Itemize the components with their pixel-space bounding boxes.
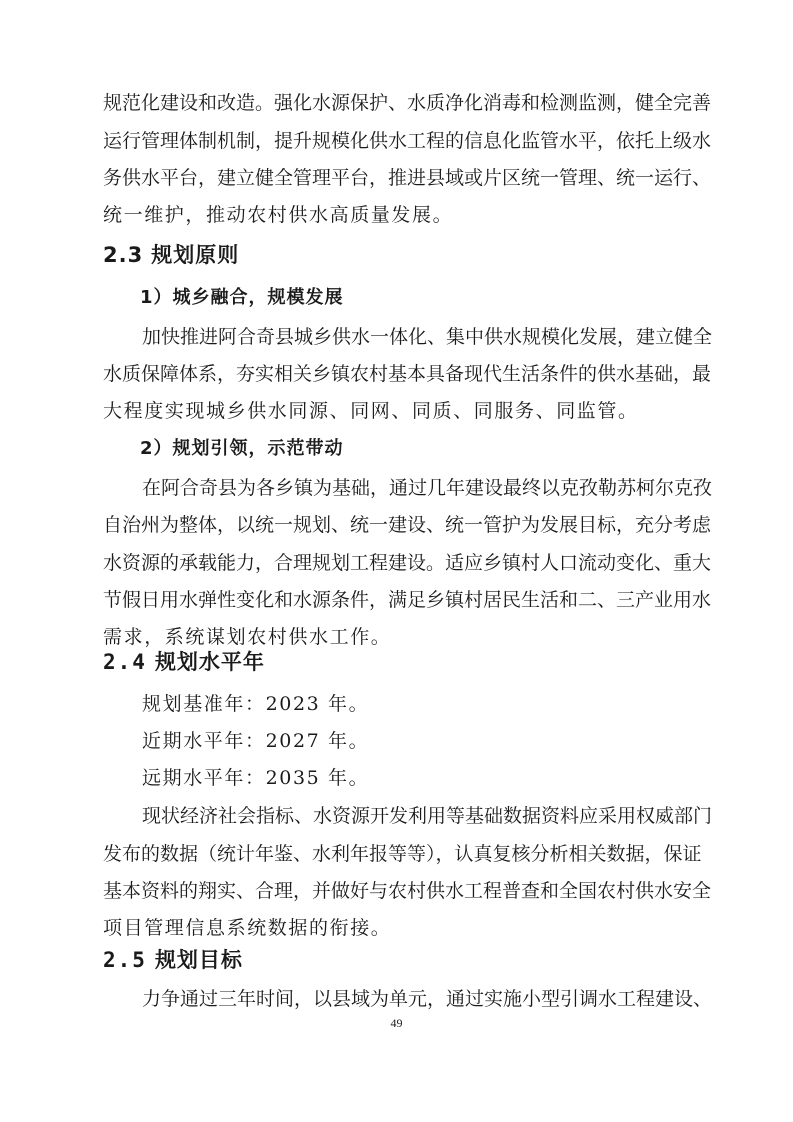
paragraph-line: 基本资料的翔实、合理，并做好与农村供水工程普查和全国农村供水安全 bbox=[103, 879, 693, 903]
paragraph-line: 加快推进阿合奇县城乡供水一体化、集中供水规模化发展，建立健全 bbox=[142, 325, 693, 349]
paragraph-line: 发布的数据（统计年鉴、水利年报等等），认真复核分析相关数据，保证 bbox=[103, 842, 693, 866]
subsection-heading: 1）城乡融合，规模发展 bbox=[140, 286, 344, 310]
paragraph-line: 项目管理信息系统数据的衔接。 bbox=[103, 916, 693, 940]
paragraph-line: 节假日用水弹性变化和水源条件，满足乡镇村居民生活和二、三产业用水 bbox=[103, 588, 693, 612]
section-number: 2.5 bbox=[103, 948, 147, 972]
section-title: 规划目标 bbox=[155, 948, 243, 972]
paragraph-line: 力争通过三年时间，以县域为单元，通过实施小型引调水工程建设、 bbox=[142, 987, 693, 1011]
planning-year-item: 规划基准年：2023 年。 bbox=[142, 692, 693, 716]
paragraph-line: 运行管理体制机制，提升规模化供水工程的信息化监管水平，依托上级水 bbox=[103, 129, 693, 153]
section-title: 规划水平年 bbox=[155, 650, 265, 674]
page-number: 49 bbox=[0, 1016, 793, 1030]
paragraph-line: 规范化建设和改造。强化水源保护、水质净化消毒和检测监测，健全完善 bbox=[103, 91, 693, 115]
section-number: 2.4 bbox=[103, 650, 147, 674]
paragraph-line: 务供水平台，建立健全管理平台，推进县域或片区统一管理、统一运行、 bbox=[103, 166, 693, 190]
section-number: 2.3 bbox=[103, 243, 143, 267]
section-heading: 2.5规划目标 bbox=[103, 947, 243, 973]
paragraph-line: 统一维护，推动农村供水高质量发展。 bbox=[103, 203, 693, 227]
section-heading: 2.4规划水平年 bbox=[103, 649, 265, 675]
paragraph-line: 自治州为整体，以统一规划、统一建设、统一管护为发展目标，充分考虑 bbox=[103, 513, 693, 537]
planning-year-item: 远期水平年：2035 年。 bbox=[142, 766, 693, 790]
subsection-heading: 2）规划引领，示范带动 bbox=[140, 437, 344, 461]
paragraph-line: 在阿合奇县为各乡镇为基础，通过几年建设最终以克孜勒苏柯尔克孜 bbox=[142, 476, 693, 500]
section-heading: 2.3规划原则 bbox=[103, 242, 239, 268]
paragraph-line: 现状经济社会指标、水资源开发利用等基础数据资料应采用权威部门 bbox=[142, 804, 693, 828]
planning-year-item: 近期水平年：2027 年。 bbox=[142, 729, 693, 753]
paragraph-line: 水资源的承载能力，合理规划工程建设。适应乡镇村人口流动变化、重大 bbox=[103, 551, 693, 575]
section-title: 规划原则 bbox=[151, 243, 239, 267]
paragraph-line: 水质保障体系，夯实相关乡镇农村基本具备现代生活条件的供水基础，最 bbox=[103, 362, 693, 386]
paragraph-line: 大程度实现城乡供水同源、同网、同质、同服务、同监管。 bbox=[103, 399, 693, 423]
paragraph-line: 需求，系统谋划农村供水工作。 bbox=[103, 625, 693, 649]
